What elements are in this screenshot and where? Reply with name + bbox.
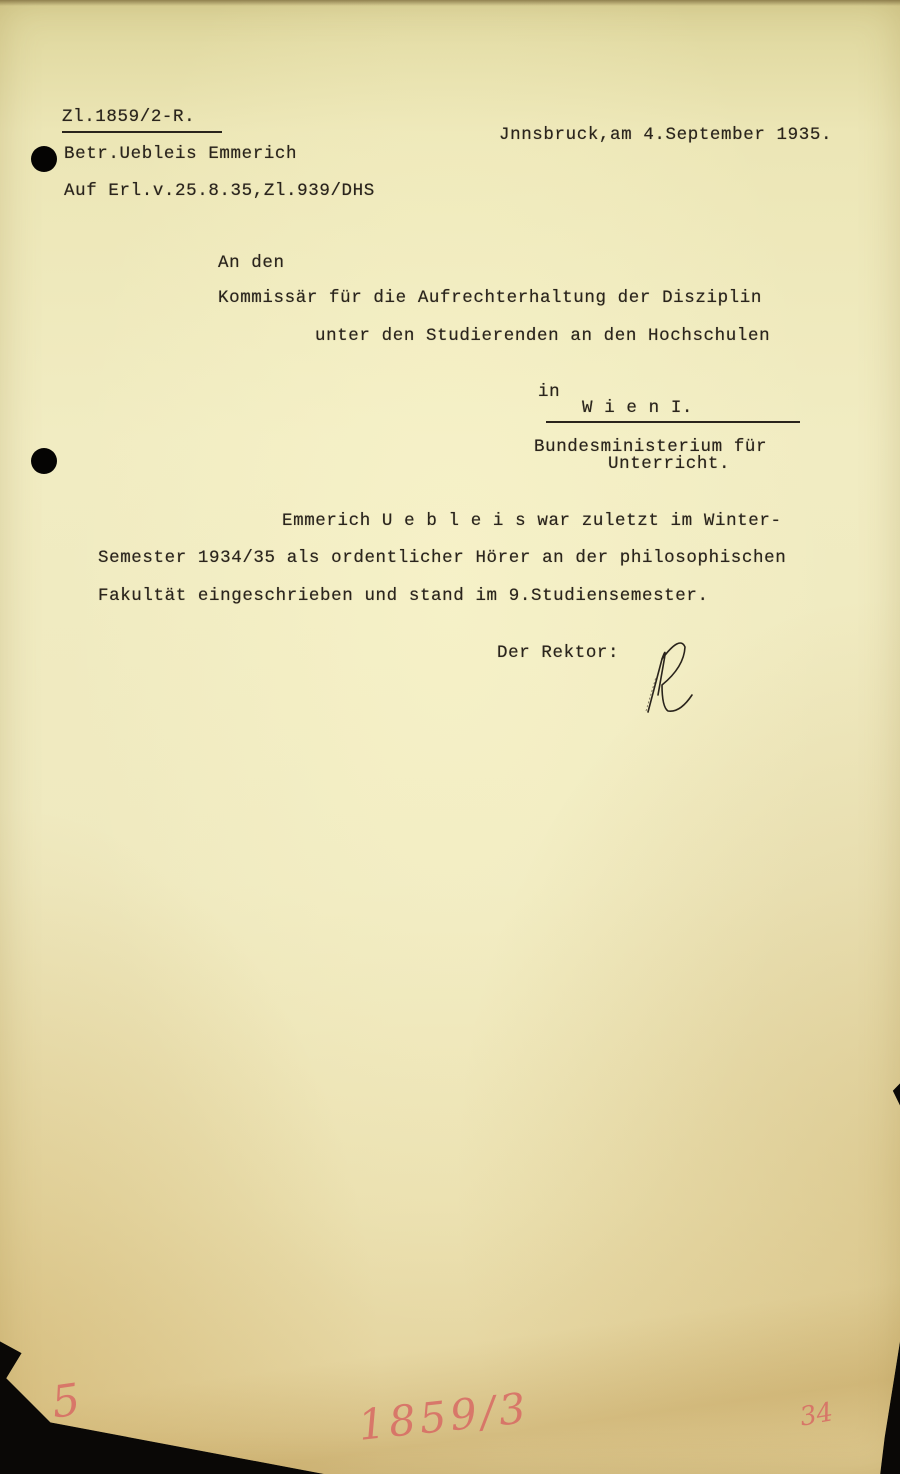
city-underline — [546, 421, 800, 423]
annotation-bottom-center: 1859/3 — [356, 1383, 532, 1450]
subject-line: Betr.Uebleis Emmerich — [64, 146, 297, 164]
punch-hole-icon — [31, 448, 57, 474]
place-date: Jnnsbruck,am 4.September 1935. — [499, 127, 832, 145]
reference-underline — [62, 131, 222, 133]
ministry-line-2: Unterricht. — [608, 456, 730, 474]
top-fold-shadow — [0, 0, 900, 6]
addressee-salutation: An den — [218, 255, 285, 273]
addressee-line-1: Kommissär für die Aufrechterhaltung der … — [218, 290, 762, 308]
body-line-3: Fakultät eingeschrieben und stand im 9.S… — [98, 588, 709, 606]
addressee-line-2: unter den Studierenden an den Hochschule… — [315, 328, 770, 346]
addressee-in: in — [538, 384, 560, 402]
signatory-label: Der Rektor: — [497, 645, 619, 663]
body-line-1: Emmerich U e b l e i s war zuletzt im Wi… — [282, 513, 782, 531]
annotation-bottom-right: 34 — [798, 1397, 836, 1432]
reference-decree: Auf Erl.v.25.8.35,Zl.939/DHS — [64, 183, 375, 201]
reference-number: Zl.1859/2-R. — [62, 109, 195, 127]
body-line-2: Semester 1934/35 als ordentlicher Hörer … — [98, 550, 786, 568]
punch-hole-icon — [31, 146, 57, 172]
addressee-city: W i e n I. — [582, 400, 693, 418]
letter-sheet: Zl.1859/2-R. Betr.Uebleis Emmerich Auf E… — [0, 0, 900, 1474]
annotation-bottom-left: 5 — [49, 1374, 84, 1428]
rektor-signature-icon — [640, 637, 710, 717]
